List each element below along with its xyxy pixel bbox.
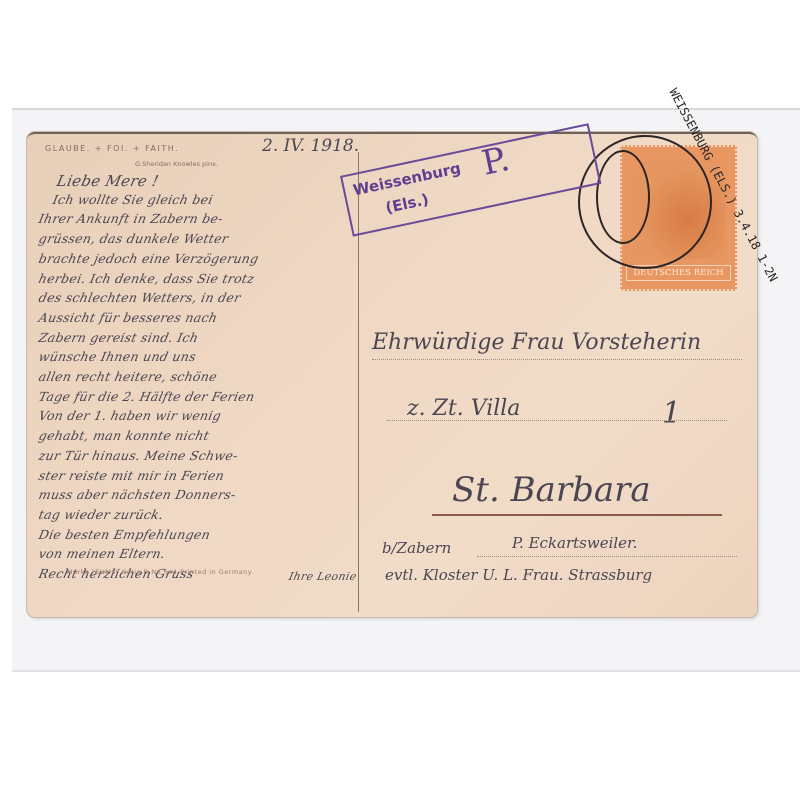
message-line: des schlechten Wetters, in der (37, 290, 242, 305)
message-line: Von der 1. haben wir wenig (37, 408, 222, 423)
message-line: muss aber nächsten Donners- (37, 487, 237, 502)
address-line-5: evtl. Kloster U. L. Frau. Strassburg (385, 566, 652, 584)
handwritten-date: 2. IV. 1918. (262, 136, 359, 156)
message-line: brachte jedoch eine Verzögerung (37, 251, 260, 266)
address-line-3: St. Barbara (452, 470, 651, 510)
address-mark: 1 (662, 396, 681, 431)
message-line: ster reiste mit mir in Ferien (37, 468, 225, 483)
address-rule-4 (477, 556, 737, 557)
printed-publisher: G.Sheridan Knowles pinx. (135, 160, 218, 168)
printed-footer: Marke "EUMS" Serie R No 544 Printed in G… (67, 568, 254, 576)
cachet-letter: P. (478, 139, 513, 184)
address-line-1: Ehrwürdige Frau Vorsteherin (372, 330, 701, 355)
address-line-4-left: b/Zabern (382, 539, 451, 557)
address-line-4-right: P. Eckartsweiler. (512, 534, 637, 552)
printed-header: GLAUBE. + FOI. + FAITH. (45, 144, 179, 153)
address-rule-1 (372, 359, 742, 360)
address-underline (432, 514, 722, 516)
message-line: Ihre Leonie (288, 570, 358, 583)
message-line: Tage für die 2. Hälfte der Ferien (37, 389, 256, 404)
message-line: gehabt, man konnte nicht (37, 428, 210, 443)
message-line: Die besten Empfehlungen (37, 527, 211, 542)
postmark-inner-ring (596, 150, 650, 244)
cachet-line-2: (Els.) (384, 190, 431, 217)
message-line: Ihrer Ankunft in Zabern be- (37, 211, 224, 226)
message-line: tag wieder zurück. (37, 507, 165, 522)
address-rule-2 (387, 420, 727, 421)
message-line: allen recht heitere, schöne (37, 369, 218, 384)
message-line: Liebe Mere ! (55, 172, 160, 190)
message-line: von meinen Eltern. (37, 546, 166, 561)
message-line: herbei. Ich denke, dass Sie trotz (37, 271, 256, 286)
address-line-2: z. Zt. Villa (407, 396, 520, 421)
message-line: wünsche Ihnen und uns (37, 349, 197, 364)
message-line: Ich wollte Sie gleich bei (51, 192, 214, 207)
message-line: Aussicht für besseres nach (37, 310, 219, 325)
message-line: grüssen, das dunkele Wetter (37, 231, 229, 246)
message-line: zur Tür hinaus. Meine Schwe- (37, 448, 239, 463)
message-line: Zabern gereist sind. Ich (37, 330, 200, 345)
